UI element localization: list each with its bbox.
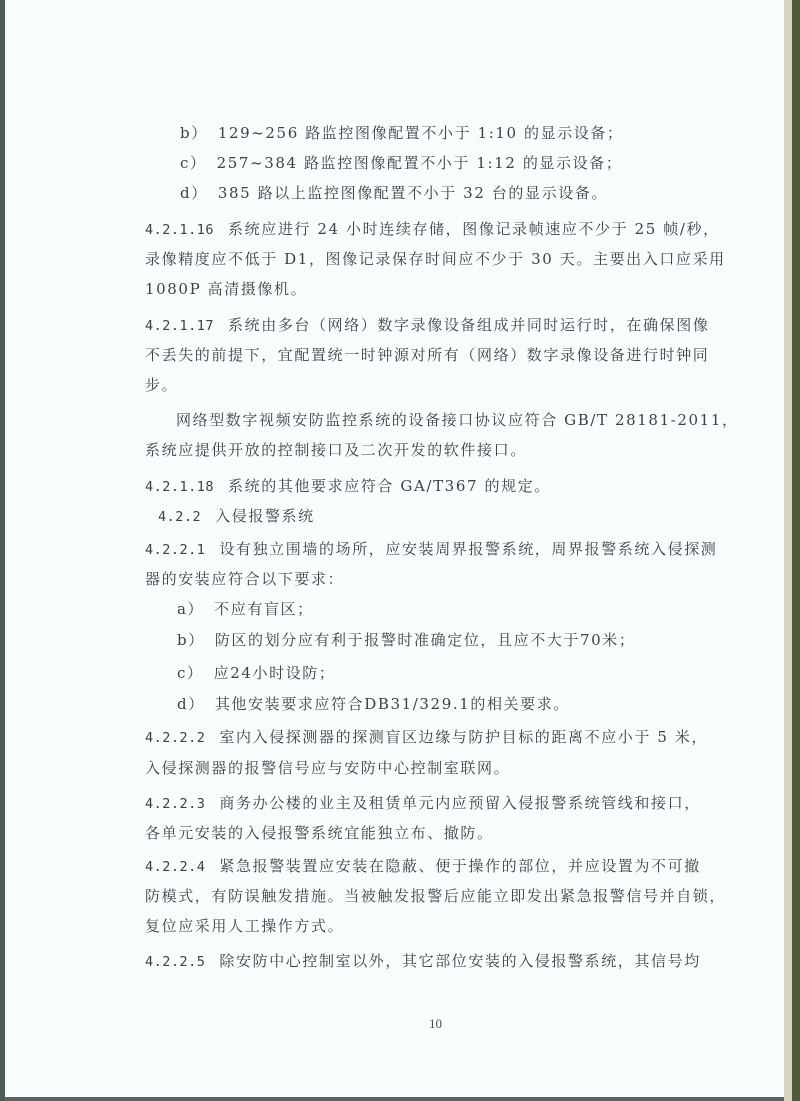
list-item-text: 不应有盲区； [214, 600, 314, 618]
scan-bottom-edge [5, 1097, 784, 1101]
clause-4-2-1-17: 4.2.1.17系统由多台（网络）数字录像设备组成并同时运行时，在确保图像 [145, 315, 709, 336]
list-item-label: a） [177, 600, 204, 618]
document-page: b）129~256 路监控图像配置不小于 1:10 的显示设备； c）257~3… [5, 0, 784, 1097]
clause-text: 系统由多台（网络）数字录像设备组成并同时运行时，在确保图像 [228, 316, 709, 334]
clause-number: 4.2.2.5 [145, 954, 205, 970]
clause-text: 室内入侵探测器的探测盲区边缘与防护目标的距离不应小于 5 米， [219, 728, 708, 746]
list-item-text: 其他安装要求应符合DB31/329.1的相关要求。 [215, 695, 570, 713]
paragraph-text: 入侵探测器的报警信号应与安防中心控制室联网。 [145, 759, 510, 777]
list-item: b）防区的划分应有利于报警时准确定位，且应不大于70米； [177, 630, 636, 650]
clause-number: 4.2.1.16 [145, 222, 214, 238]
paragraph-line: 复位应采用人工操作方式。 [145, 916, 344, 936]
paragraph-text: 1080P 高清摄像机。 [145, 280, 307, 298]
paragraph-line: 入侵探测器的报警信号应与安防中心控制室联网。 [145, 758, 510, 778]
list-item-text: 385 路以上监控图像配置不小于 32 台的显示设备。 [218, 184, 608, 202]
section-number: 4.2.2 [158, 509, 201, 525]
clause-text: 商务办公楼的业主及租赁单元内应预留入侵报警系统管线和接口， [219, 794, 700, 812]
clause-text: 系统的其他要求应符合 GA/T367 的规定。 [228, 477, 551, 495]
clause-4-2-2-2: 4.2.2.2室内入侵探测器的探测盲区边缘与防护目标的距离不应小于 5 米， [145, 727, 708, 748]
paragraph-text: 网络型数字视频安防监控系统的设备接口协议应符合 GB/T 28181-2011， [176, 411, 739, 429]
clause-4-2-2-1: 4.2.2.1设有独立围墙的场所，应安装周界报警系统，周界报警系统入侵探测 [145, 539, 717, 560]
scan-right-edge-dark [792, 0, 800, 1101]
paragraph-text: 各单元安装的入侵报警系统宜能独立布、撤防。 [145, 824, 494, 842]
list-item: b）129~256 路监控图像配置不小于 1:10 的显示设备； [180, 123, 624, 143]
paragraph-text: 录像精度应不低于 D1，图像记录保存时间应不少于 30 天。主要出入口应采用 [145, 250, 726, 268]
clause-number: 4.2.1.18 [145, 479, 214, 495]
list-item-label: b） [177, 631, 205, 649]
clause-number: 4.2.2.4 [145, 859, 205, 875]
list-item: d）其他安装要求应符合DB31/329.1的相关要求。 [177, 694, 570, 714]
paragraph-line: 各单元安装的入侵报警系统宜能独立布、撤防。 [145, 823, 494, 843]
clause-text: 紧急报警装置应安装在隐蔽、便于操作的部位，并应设置为不可撤 [219, 857, 700, 875]
paragraph-line: 不丢失的前提下，宜配置统一时钟源对所有（网络）数字录像设备进行时钟同 [145, 345, 709, 365]
paragraph-text: 不丢失的前提下，宜配置统一时钟源对所有（网络）数字录像设备进行时钟同 [145, 346, 709, 364]
clause-number: 4.2.2.3 [145, 796, 205, 812]
clause-4-2-2-4: 4.2.2.4紧急报警装置应安装在隐蔽、便于操作的部位，并应设置为不可撤 [145, 856, 701, 877]
clause-text: 系统应进行 24 小时连续存储，图像记录帧速应不少于 25 帧/秒， [228, 220, 720, 238]
list-item-text: 257~384 路监控图像配置不小于 1:12 的显示设备； [217, 154, 623, 172]
list-item-text: 防区的划分应有利于报警时准确定位，且应不大于70米； [215, 631, 636, 649]
paragraph-text: 器的安装应符合以下要求： [145, 570, 344, 588]
clause-4-2-2-5: 4.2.2.5除安防中心控制室以外，其它部位安装的入侵报警系统，其信号均 [145, 951, 701, 972]
list-item: c）应24小时设防； [177, 663, 336, 683]
section-title: 入侵报警系统 [215, 507, 315, 525]
list-item-label: b） [180, 124, 208, 142]
paragraph-line: 步。 [145, 375, 178, 395]
list-item-text: 129~256 路监控图像配置不小于 1:10 的显示设备； [218, 124, 624, 142]
clause-number: 4.2.1.17 [145, 318, 214, 334]
paragraph-line: 网络型数字视频安防监控系统的设备接口协议应符合 GB/T 28181-2011， [176, 410, 739, 430]
paragraph-line: 录像精度应不低于 D1，图像记录保存时间应不少于 30 天。主要出入口应采用 [145, 249, 726, 269]
section-heading-4-2-2: 4.2.2入侵报警系统 [158, 506, 315, 527]
paragraph-line: 系统应提供开放的控制接口及二次开发的软件接口。 [145, 440, 527, 460]
page-number: 10 [429, 1016, 442, 1032]
paragraph-line: 器的安装应符合以下要求： [145, 569, 344, 589]
paragraph-text: 防模式，有防误触发措施。当被触发报警后应能立即发出紧急报警信号并自锁， [145, 887, 726, 905]
paragraph-line: 1080P 高清摄像机。 [145, 279, 307, 299]
paragraph-text: 步。 [145, 376, 178, 394]
list-item-text: 应24小时设防； [214, 664, 336, 682]
list-item: a）不应有盲区； [177, 599, 314, 619]
clause-number: 4.2.2.2 [145, 730, 205, 746]
clause-4-2-2-3: 4.2.2.3商务办公楼的业主及租赁单元内应预留入侵报警系统管线和接口， [145, 793, 701, 814]
clause-4-2-1-18: 4.2.1.18系统的其他要求应符合 GA/T367 的规定。 [145, 476, 551, 497]
list-item-label: c） [177, 664, 204, 682]
paragraph-line: 防模式，有防误触发措施。当被触发报警后应能立即发出紧急报警信号并自锁， [145, 886, 726, 906]
list-item-label: d） [180, 184, 208, 202]
clause-text: 设有独立围墙的场所，应安装周界报警系统，周界报警系统入侵探测 [219, 540, 717, 558]
list-item-label: c） [180, 154, 207, 172]
clause-4-2-1-16: 4.2.1.16系统应进行 24 小时连续存储，图像记录帧速应不少于 25 帧/… [145, 219, 720, 240]
paragraph-text: 复位应采用人工操作方式。 [145, 917, 344, 935]
scan-right-edge-beige [784, 0, 792, 1101]
clause-number: 4.2.2.1 [145, 542, 205, 558]
list-item: d）385 路以上监控图像配置不小于 32 台的显示设备。 [180, 183, 608, 203]
clause-text: 除安防中心控制室以外，其它部位安装的入侵报警系统，其信号均 [219, 952, 700, 970]
paragraph-text: 系统应提供开放的控制接口及二次开发的软件接口。 [145, 441, 527, 459]
list-item: c）257~384 路监控图像配置不小于 1:12 的显示设备； [180, 153, 622, 173]
list-item-label: d） [177, 695, 205, 713]
